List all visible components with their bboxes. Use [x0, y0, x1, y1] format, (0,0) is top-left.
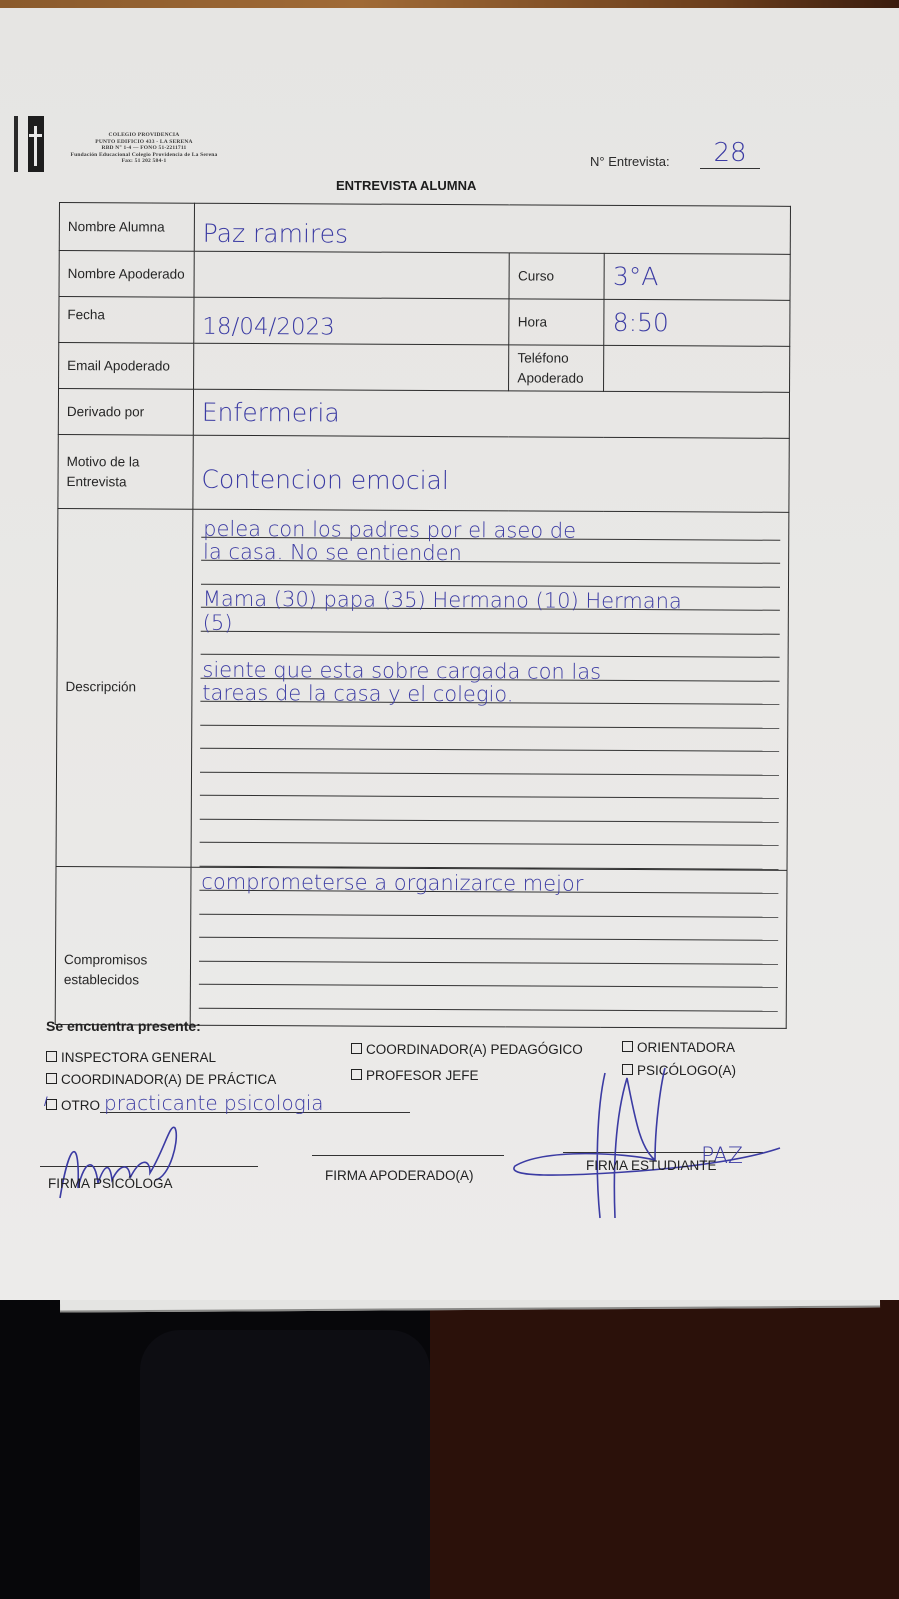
guardian-email-label: Email Apoderado — [59, 343, 194, 390]
checkbox-label: OTRO — [61, 1098, 100, 1113]
description-field[interactable]: pelea con los padres por el aseo dela ca… — [191, 509, 789, 870]
writing-line[interactable] — [200, 702, 779, 729]
row-reason: Motivo de la Entrevista Contencion emoci… — [58, 434, 789, 512]
cross-icon — [34, 126, 37, 166]
row-guardian-name: Nombre Apoderado Curso 3°A — [59, 251, 790, 301]
school-line: Fundación Educacional Colegio Providenci… — [44, 152, 244, 159]
writing-line[interactable] — [201, 631, 780, 658]
psychologist-signature-label: FIRMA PSICÓLOGA — [48, 1176, 173, 1191]
writing-line[interactable] — [200, 796, 779, 823]
writing-line[interactable] — [199, 938, 778, 965]
form-title: ENTREVISTA ALUMNA — [336, 178, 476, 193]
guardian-email-field[interactable] — [193, 343, 509, 391]
writing-line[interactable] — [199, 891, 778, 918]
checkbox-icon[interactable] — [46, 1051, 57, 1062]
checkbox-inspectora-general[interactable]: INSPECTORA GENERAL — [46, 1050, 216, 1065]
guardian-phone-label: Teléfono Apoderado — [509, 345, 604, 391]
commitments-label: Compromisos establecidos — [55, 866, 191, 1025]
guardian-signature-label: FIRMA APODERADO(A) — [325, 1168, 474, 1183]
interview-form-sheet: COLEGIO PROVIDENCIA PUNTO EDIFICIO 433 -… — [0, 8, 899, 1300]
checkbox-coordinador-practica[interactable]: COORDINADOR(A) DE PRÁCTICA — [46, 1072, 276, 1087]
school-line: Fax: 51 202 584-1 — [44, 158, 244, 165]
time-field[interactable]: 8:50 — [604, 299, 790, 346]
interview-form-table: Nombre Alumna Paz ramires Nombre Apodera… — [55, 202, 791, 1028]
row-email: Email Apoderado Teléfono Apoderado — [59, 343, 790, 393]
writing-line[interactable]: pelea con los padres por el aseo de — [201, 514, 780, 541]
writing-line[interactable]: (5) — [201, 608, 780, 635]
commitments-field[interactable]: comprometerse a organizarce mejor — [190, 867, 787, 1028]
writing-line[interactable] — [200, 725, 779, 752]
writing-line[interactable]: tareas de la casa y el colegio. — [200, 678, 779, 705]
checkbox-otro[interactable]: /OTROpracticante psicologia — [46, 1094, 410, 1113]
checkbox-checked-icon[interactable]: / — [46, 1099, 57, 1110]
checkbox-profesor-jefe[interactable]: PROFESOR JEFE — [351, 1068, 479, 1083]
referred-by-label: Derivado por — [58, 389, 193, 436]
date-field[interactable]: 18/04/2023 — [194, 297, 510, 345]
psychologist-signature-scribble — [50, 1118, 200, 1208]
referred-by-field[interactable]: Enfermeria — [193, 389, 789, 438]
time-label: Hora — [509, 299, 604, 345]
present-title: Se encuentra presente: — [46, 1018, 806, 1034]
row-student-name: Nombre Alumna Paz ramires — [59, 203, 790, 255]
otro-field[interactable]: practicante psicologia — [104, 1091, 324, 1115]
writing-line[interactable]: siente que esta sobre cargada con las — [200, 655, 779, 682]
guardian-signature-line — [312, 1155, 504, 1156]
school-header: COLEGIO PROVIDENCIA PUNTO EDIFICIO 433 -… — [44, 132, 244, 165]
writing-line[interactable] — [200, 772, 779, 799]
checkbox-label: COORDINADOR(A) DE PRÁCTICA — [61, 1072, 276, 1087]
reason-label: Motivo de la Entrevista — [58, 434, 193, 509]
course-label: Curso — [509, 253, 604, 299]
school-line: COLEGIO PROVIDENCIA — [44, 132, 244, 139]
interview-number-field[interactable]: 28 — [700, 138, 760, 169]
student-name-field[interactable]: Paz ramires — [194, 203, 790, 254]
writing-line[interactable] — [199, 985, 778, 1012]
student-name-label: Nombre Alumna — [59, 203, 194, 252]
student-signature-scribble: PAZ — [505, 1048, 795, 1228]
student-signature-label: FIRMA ESTUDIANTE — [586, 1158, 717, 1173]
interview-number-label: N° Entrevista: — [590, 154, 670, 169]
writing-line[interactable]: comprometerse a organizarce mejor — [199, 867, 778, 894]
checkbox-icon[interactable] — [351, 1043, 362, 1054]
reason-field[interactable]: Contencion emocial — [193, 435, 789, 512]
school-line: RBD N° 1-4 — FONO 51-2211711 — [44, 145, 244, 152]
row-date: Fecha 18/04/2023 Hora 8:50 — [59, 297, 790, 347]
writing-line[interactable]: Mama (30) papa (35) Hermano (10) Hermana — [201, 584, 780, 611]
checkbox-label: PROFESOR JEFE — [366, 1068, 479, 1083]
description-label: Descripción — [56, 508, 193, 866]
dark-object-shape — [140, 1330, 430, 1599]
writing-line[interactable] — [199, 914, 778, 941]
guardian-phone-field[interactable] — [604, 345, 790, 392]
row-commitments: Compromisos establecidos comprometerse a… — [55, 866, 787, 1028]
present-section: Se encuentra presente: INSPECTORA GENERA… — [46, 1018, 806, 1034]
row-description: Descripción pelea con los padres por el … — [56, 508, 789, 869]
school-logo — [14, 116, 46, 172]
checkbox-label: INSPECTORA GENERAL — [61, 1050, 216, 1065]
writing-line[interactable] — [200, 819, 779, 846]
row-referred-by: Derivado por Enfermeria — [58, 389, 789, 439]
writing-line[interactable]: la casa. No se entienden — [201, 537, 780, 564]
checkbox-icon[interactable] — [46, 1073, 57, 1084]
guardian-name-label: Nombre Apoderado — [59, 251, 194, 298]
writing-line[interactable] — [201, 561, 780, 588]
checkbox-icon[interactable] — [351, 1069, 362, 1080]
course-field[interactable]: 3°A — [604, 253, 790, 300]
writing-line[interactable] — [199, 843, 778, 870]
guardian-name-field[interactable] — [194, 251, 510, 299]
date-label: Fecha — [59, 297, 194, 344]
writing-line[interactable] — [199, 961, 778, 988]
writing-line[interactable] — [200, 749, 779, 776]
